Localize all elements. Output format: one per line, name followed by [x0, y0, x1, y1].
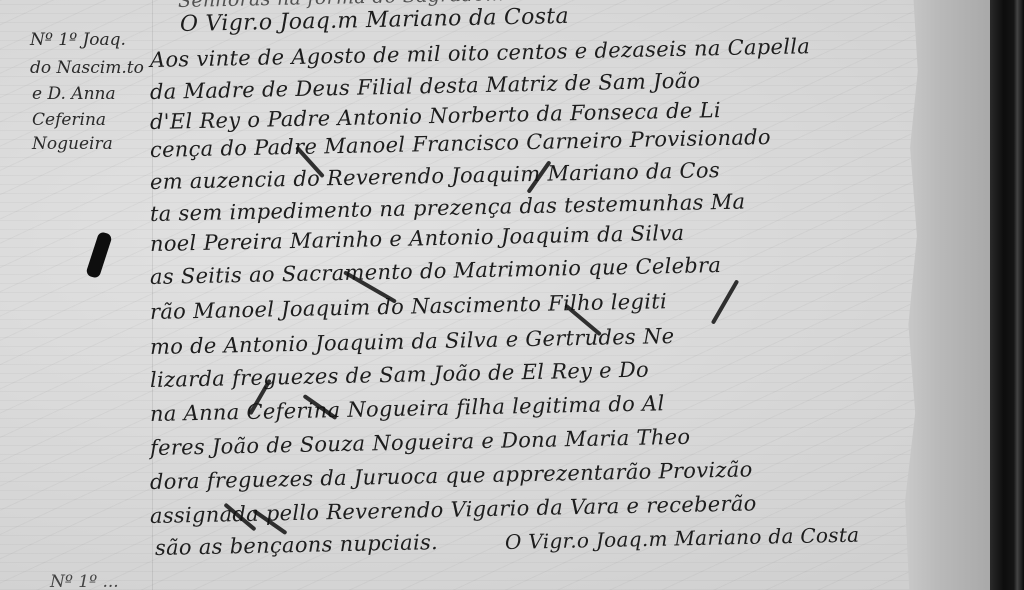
body-line-12: na Anna Ceferina Nogueira filha legitima… — [150, 391, 665, 426]
register-page: Senhoras na forma do Sagrado... O Vigr.o… — [0, 0, 1024, 590]
closing-signature: O Vigr.o Joaq.m Mariano da Costa — [505, 523, 860, 554]
margin-line-3: Ceferina — [32, 110, 106, 130]
body-line-8: as Seitis ao Sacramento do Matrimonio qu… — [150, 253, 722, 289]
body-line-11: lizarda freguezes de Sam João de El Rey … — [150, 358, 649, 392]
torn-paper-edge — [905, 0, 990, 590]
body-line-7: noel Pereira Marinho e Antonio Joaquim d… — [150, 221, 685, 256]
body-line-2: da Madre de Deus Filial desta Matriz de … — [150, 68, 701, 104]
ink-blot — [85, 231, 113, 279]
body-line-14: dora freguezes da Juruoca que apprezenta… — [150, 457, 753, 494]
bleed-stroke — [711, 279, 739, 324]
body-line-15: assignada pello Reverendo Vigario da Var… — [150, 491, 757, 528]
body-line-5: em auzencia do Reverendo Joaquim Mariano… — [150, 158, 720, 194]
body-line-9: rão Manoel Joaquim do Nascimento Filho l… — [150, 289, 667, 324]
body-line-13: feres João de Souza Nogueira e Dona Mari… — [150, 425, 691, 460]
margin-line-2: e D. Anna — [32, 84, 116, 104]
book-binding — [990, 0, 1024, 590]
body-line-1: Aos vinte de Agosto de mil oito centos e… — [150, 34, 811, 72]
margin-record-number: Nº 1º Joaq. — [30, 30, 126, 50]
body-line-16: são as bençaons nupciais. — [155, 530, 438, 560]
margin-line-1: do Nascim.to — [30, 58, 144, 78]
margin-line-4: Nogueira — [32, 134, 113, 154]
bottom-fragment: Nº 1º ... — [50, 572, 119, 590]
